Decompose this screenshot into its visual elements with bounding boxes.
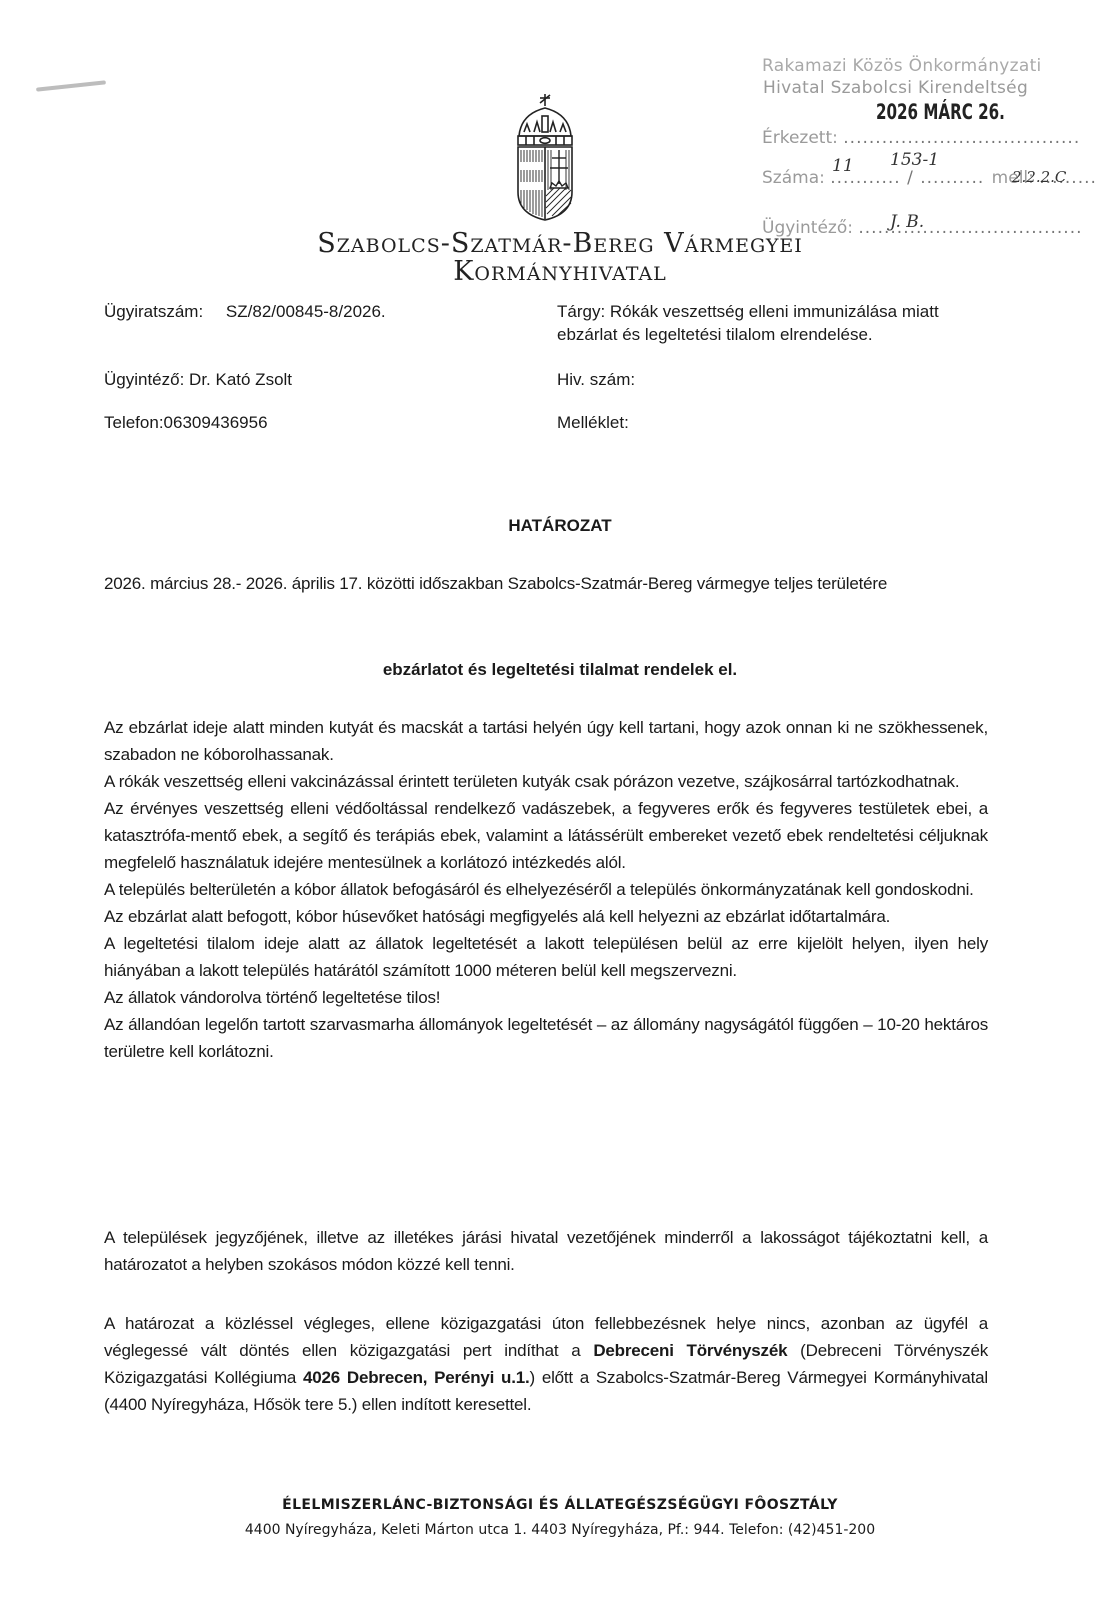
stamp-received-label: Érkezett: — [762, 128, 838, 148]
subject-line2: ebzárlat és legeltetési tilalom elrendel… — [557, 325, 873, 345]
subject-line1: Tárgy: Rókák veszettség elleni immunizál… — [557, 302, 939, 322]
handwritten-number-1: 11 — [832, 156, 854, 176]
agency-name-line2: Kormányhivatal — [0, 256, 1120, 287]
rule-item: A legeltetési tilalom ideje alatt az áll… — [104, 930, 988, 984]
rule-item: A rókák veszettség elleni vakcinázással … — [104, 768, 988, 795]
case-number-label: Ügyiratszám: — [104, 302, 203, 321]
ref-number-field: Hiv. szám: — [557, 370, 635, 390]
stamp-office-line2: Hivatal Szabolcsi Kirendeltség — [763, 78, 1028, 98]
handler-field: Ügyintéző: Dr. Kató Zsolt — [104, 370, 292, 390]
stamp-number-label: Száma: — [762, 168, 825, 188]
appeal-paragraph: A határozat a közléssel végleges, ellene… — [104, 1310, 988, 1418]
decision-statement: ebzárlatot és legeltetési tilalmat rende… — [0, 660, 1120, 680]
notice-paragraph: A települések jegyzőjének, illetve az il… — [104, 1224, 988, 1278]
agency-name-line1: Szabolcs-Szatmár-Bereg Vármegyei — [0, 228, 1120, 259]
rule-item: Az állandóan legelőn tartott szarvasmarh… — [104, 1011, 988, 1065]
stamp-office-line1: Rakamazi Közös Önkormányzati — [762, 56, 1042, 76]
attachment-field: Melléklet: — [557, 413, 629, 433]
received-stamp: Rakamazi Közös Önkormányzati Hivatal Sza… — [740, 56, 1100, 246]
rule-item: Az érvényes veszettség elleni védőoltáss… — [104, 795, 988, 876]
document-title: HATÁROZAT — [0, 516, 1120, 536]
rule-item: Az állatok vándorolva történő legeltetés… — [104, 984, 988, 1011]
pen-mark — [36, 80, 106, 91]
rule-item: Az ebzárlat alatt befogott, kóbor húsevő… — [104, 903, 988, 930]
case-number-row: Ügyiratszám: SZ/82/00845-8/2026. — [104, 302, 386, 322]
footer-address: 4400 Nyíregyháza, Keleti Márton utca 1. … — [0, 1522, 1120, 1538]
rule-item: Az ebzárlat ideje alatt minden kutyát és… — [104, 714, 988, 768]
phone-field: Telefon:06309436956 — [104, 413, 268, 433]
rules-block: Az ebzárlat ideje alatt minden kutyát és… — [104, 714, 988, 1065]
rule-item: A település belterületén a kóbor állatok… — [104, 876, 988, 903]
case-number: SZ/82/00845-8/2026. — [226, 302, 386, 321]
handwritten-attachment: 2.2.2.C — [1012, 168, 1066, 186]
appeal-address: 4026 Debrecen, Perényi u.1. — [303, 1368, 529, 1387]
appeal-court: Debreceni Törvényszék — [593, 1341, 787, 1360]
stamp-received-row: Érkezett: ..............................… — [762, 128, 1080, 148]
footer-department: ÉLELMISZERLÁNC-BIZTONSÁGI ÉS ÁLLATEGÉSZS… — [0, 1497, 1120, 1513]
hungarian-coat-of-arms-icon — [512, 92, 578, 222]
handwritten-number-2: 153-1 — [890, 150, 939, 170]
intro-paragraph: 2026. március 28.- 2026. április 17. köz… — [104, 570, 988, 597]
stamp-date: 2026 MÁRC 26. — [876, 100, 1005, 124]
